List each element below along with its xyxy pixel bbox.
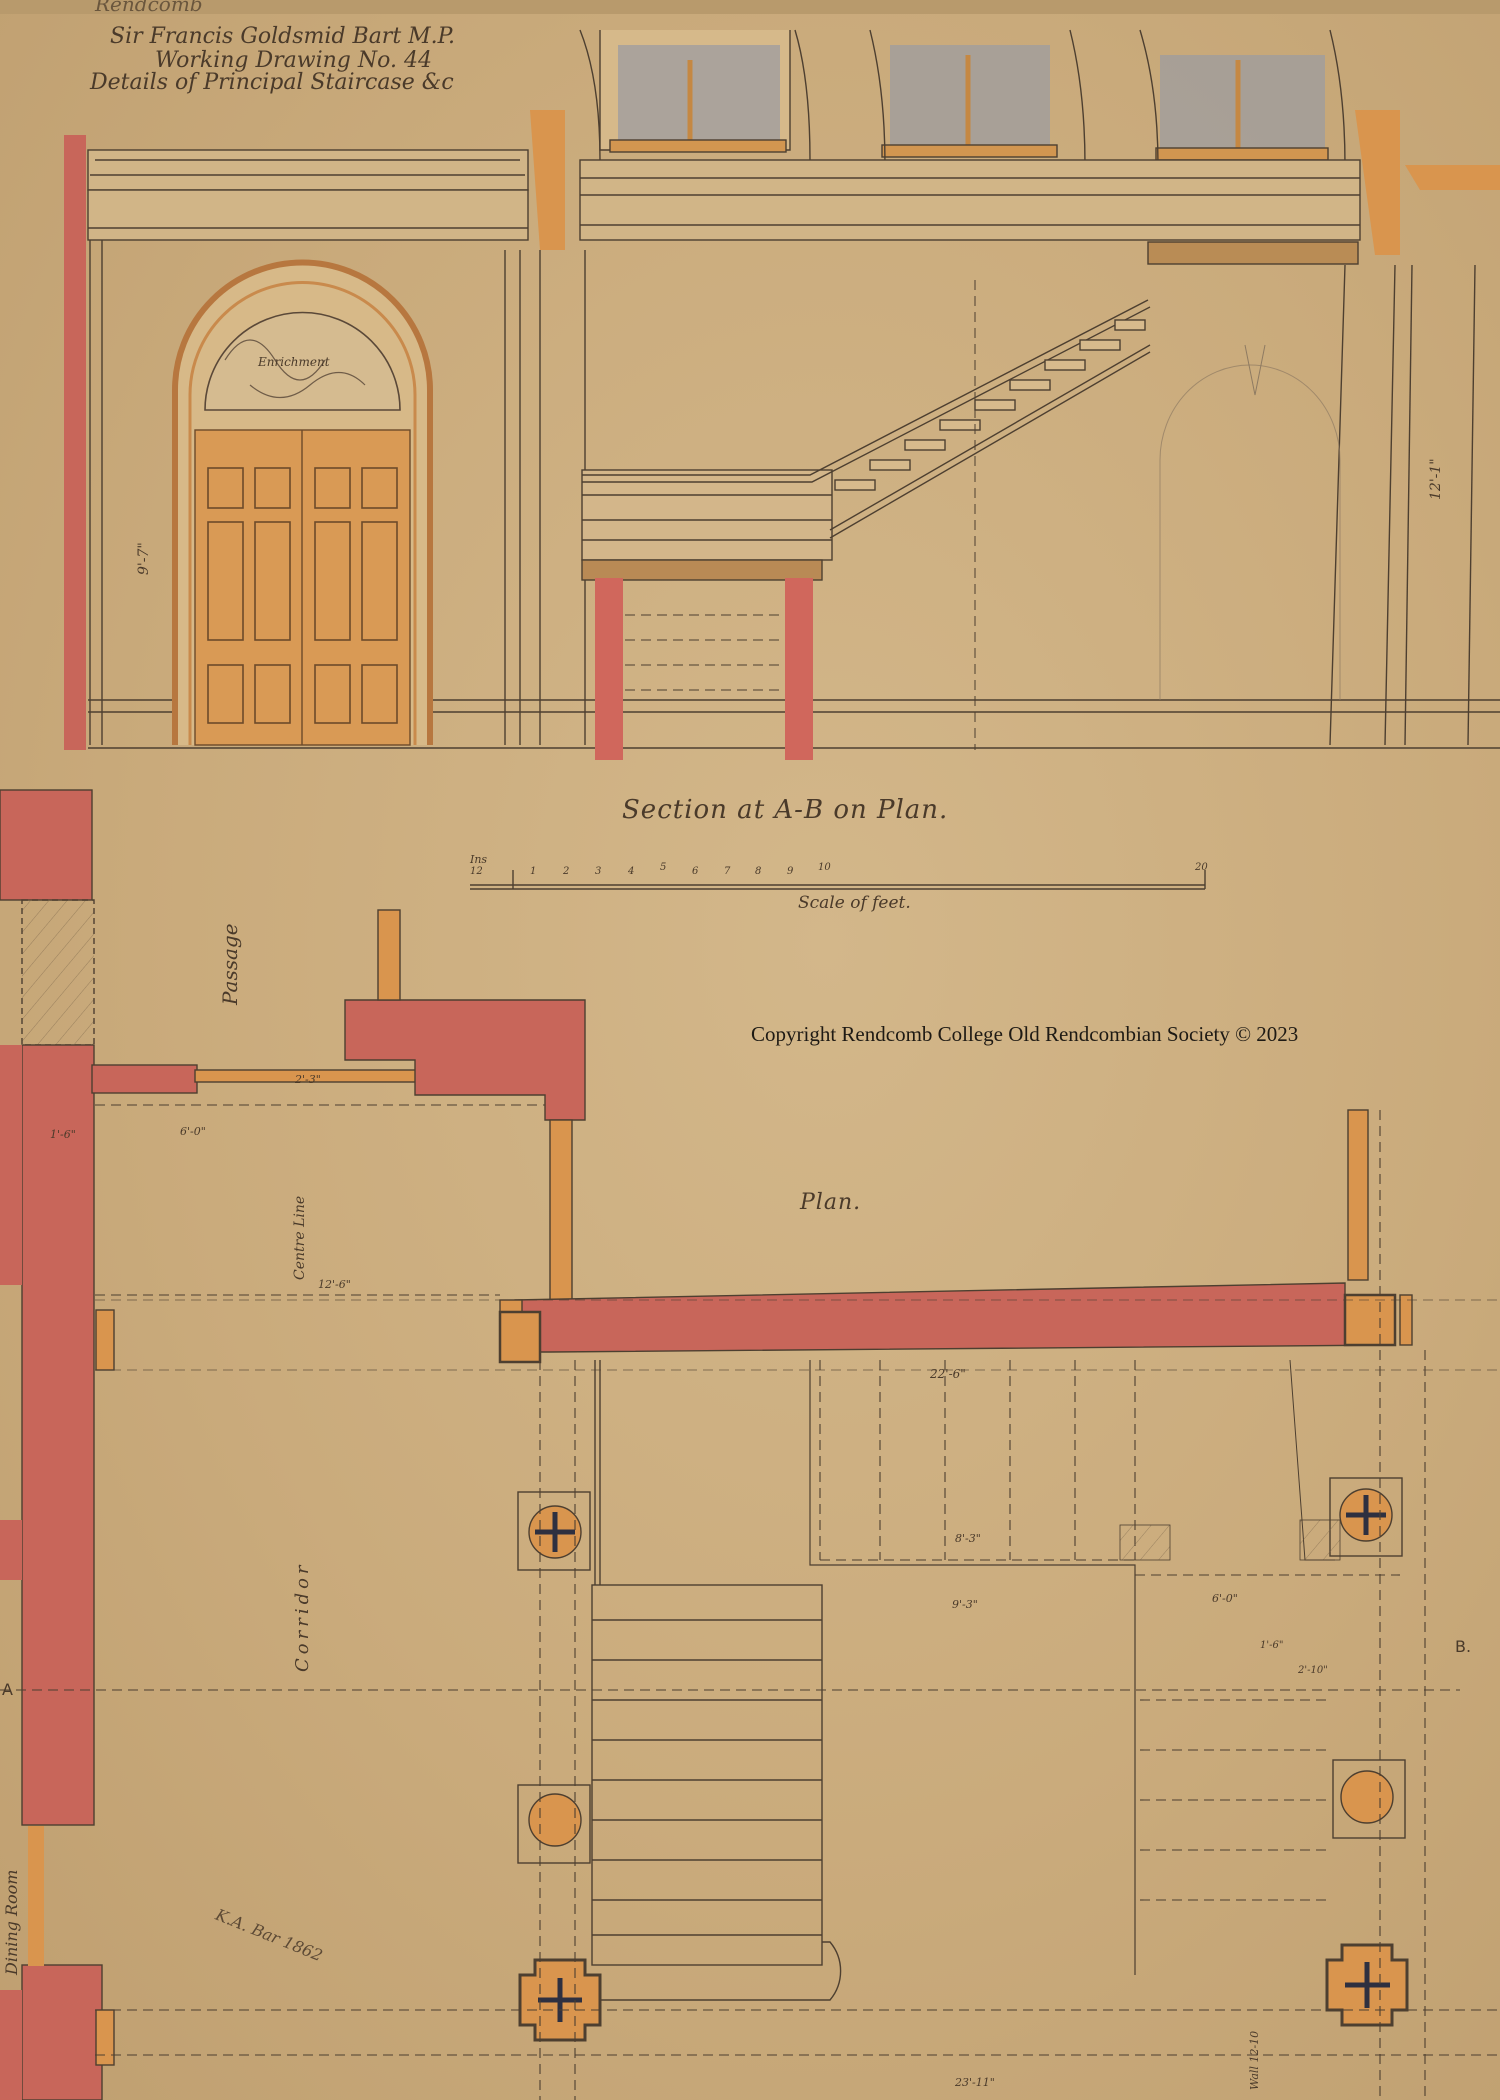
scale-bar-label: Scale of feet. bbox=[798, 893, 911, 913]
corridor-label: Corridor bbox=[292, 1561, 313, 1672]
centre-line-label: Centre Line bbox=[292, 1196, 308, 1280]
architectural-drawing bbox=[0, 0, 1500, 2100]
scale-bar-graphic bbox=[470, 870, 1205, 889]
copyright-notice: Copyright Rendcomb College Old Rendcombi… bbox=[751, 1022, 1298, 1047]
drawing-sheet: Rendcomb Sir Francis Goldsmid Bart M.P. … bbox=[0, 0, 1500, 2100]
square-piers bbox=[500, 1295, 1407, 2040]
section-mark-b: B. bbox=[1455, 1637, 1471, 1656]
section-mark-a: A bbox=[2, 1680, 13, 1699]
clerestory-windows bbox=[580, 30, 1345, 165]
dining-room-label: Dining Room bbox=[2, 1870, 21, 1975]
section-caption: Section at A-B on Plan. bbox=[622, 795, 948, 825]
scale-inches-label: Ins bbox=[470, 853, 487, 866]
title-client-name: Sir Francis Goldsmid Bart M.P. bbox=[110, 24, 455, 49]
plan-caption: Plan. bbox=[800, 1190, 861, 1215]
door-height-dimension: 9'-7" bbox=[136, 542, 152, 575]
title-client-estate: Rendcomb bbox=[95, 0, 203, 16]
sheet-top-edge bbox=[0, 0, 1500, 14]
right-wall-dimension: 12'-1" bbox=[1428, 458, 1444, 500]
stair-flight bbox=[592, 1360, 841, 2000]
title-drawing-subject: Details of Principal Staircase &c bbox=[90, 70, 454, 95]
passage-label: Passage bbox=[218, 923, 242, 1005]
stair-treads bbox=[835, 320, 1145, 490]
lunette-label: Enrichment bbox=[258, 355, 330, 369]
section-elevation bbox=[64, 30, 1500, 760]
